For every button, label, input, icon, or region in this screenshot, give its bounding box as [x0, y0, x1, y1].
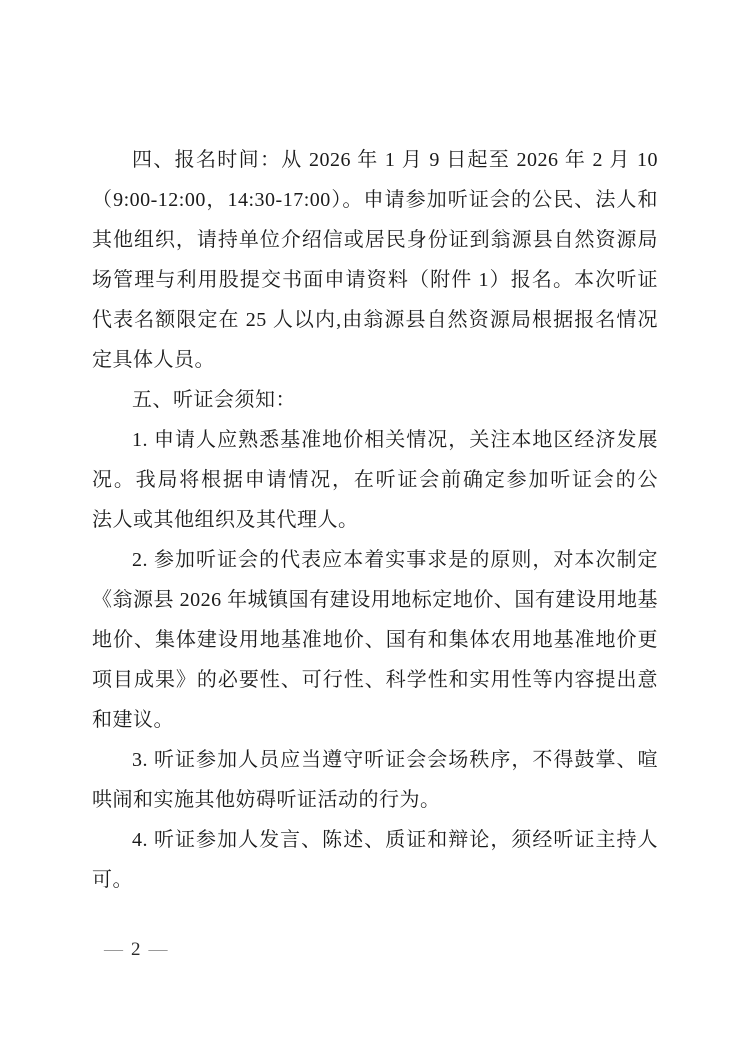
text-line: 定具体人员。 — [92, 340, 658, 380]
text-line: 地价、集体建设用地基准地价、国有和集体农用地基准地价更新 — [92, 620, 658, 660]
text-line: 可。 — [92, 860, 658, 900]
page-number-dash-right: — — [143, 939, 176, 960]
text-line: 法人或其他组织及其代理人。 — [92, 500, 658, 540]
text-line: 四、报名时间：从 2026 年 1 月 9 日起至 2026 年 2 月 10 … — [92, 140, 658, 180]
text-line: 场管理与利用股提交书面申请资料（附件 1）报名。本次听证会 — [92, 260, 658, 300]
text-line: 4. 听证参加人发言、陈述、质证和辩论，须经听证主持人许 — [92, 820, 658, 860]
section-heading: 五、听证会须知： — [92, 380, 658, 420]
text-line: 和建议。 — [92, 700, 658, 740]
text-line: 其他组织，请持单位介绍信或居民身份证到翁源县自然资源局市 — [92, 220, 658, 260]
text-line: 项目成果》的必要性、可行性、科学性和实用性等内容提出意见 — [92, 660, 658, 700]
text-line: 2. 参加听证会的代表应本着实事求是的原则，对本次制定的 — [92, 540, 658, 580]
text-line: （9:00-12:00，14:30-17:00）。申请参加听证会的公民、法人和 — [92, 180, 658, 220]
page-number: —2— — [98, 938, 176, 962]
page-number-dash-left: — — [98, 939, 131, 960]
text-line: 1. 申请人应熟悉基准地价相关情况，关注本地区经济发展状 — [92, 420, 658, 460]
text-line: 《翁源县 2026 年城镇国有建设用地标定地价、国有建设用地基准 — [92, 580, 658, 620]
page-number-value: 2 — [131, 939, 143, 960]
text-line: 3. 听证参加人员应当遵守听证会会场秩序，不得鼓掌、喧哗、 — [92, 740, 658, 780]
document-body: 四、报名时间：从 2026 年 1 月 9 日起至 2026 年 2 月 10 … — [92, 140, 658, 900]
text-line: 代表名额限定在 25 人以内,由翁源县自然资源局根据报名情况确 — [92, 300, 658, 340]
document-page: 四、报名时间：从 2026 年 1 月 9 日起至 2026 年 2 月 10 … — [0, 0, 750, 1060]
text-line: 况。我局将根据申请情况，在听证会前确定参加听证会的公民、 — [92, 460, 658, 500]
text-line: 哄闹和实施其他妨碍听证活动的行为。 — [92, 780, 658, 820]
